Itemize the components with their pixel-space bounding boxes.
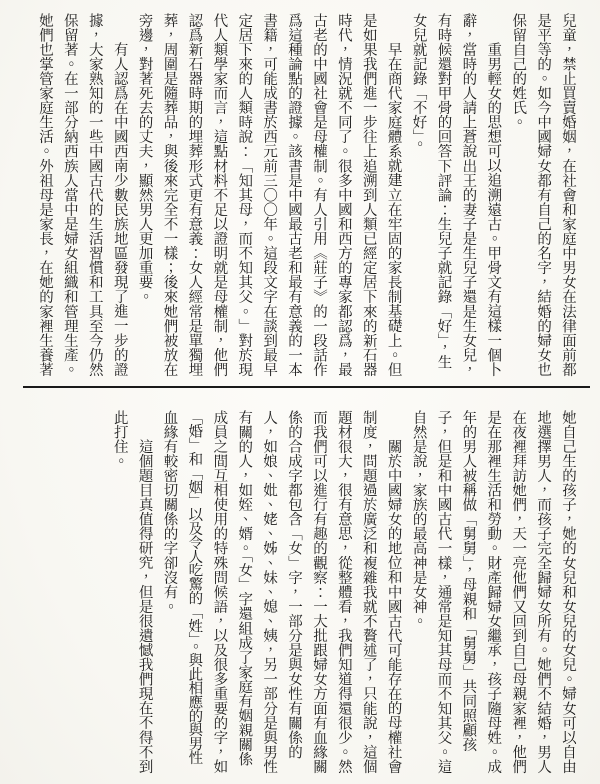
text-column-paragraph-start: 早在商代家庭體系就建立在牢固的家長制基礎上。但 [381,13,406,377]
text-column: 保留自己的姓氏。 [505,13,530,377]
upper-text-block: 兒童，禁止買賣婚姻，在社會和家庭中男女在法律面前都 是平等的。如今中國婦女都有自… [32,13,580,377]
text-column: 「婚」和「姻」以及令人吃驚的「姓」。與此相應的與男性 [182,410,207,774]
text-column: 定居下來的人類時說：「知其母，而不知其父。」對於現 [231,13,256,377]
text-column: 爲這種論點的證據。該書是中國最古老和最有意義的一本 [281,13,306,377]
text-column: 是在那裡生活和勞動。財產歸婦女繼承，孩子隨母姓。成 [480,410,505,774]
text-column: 子，但是和中國古代一樣，通常是知其母而不知其父。這 [431,410,456,774]
text-column: 是平等的。如今中國婦女都有自己的名字，結婚的婦女也 [530,13,555,377]
text-column: 成員之間互相使用的特殊問候語，以及很多重要的字，如 [206,410,231,774]
text-column: 據，大家熟知的一些中國古代的生活習慣和工具至今仍然 [82,13,107,377]
text-column: 地選擇男人，而孩子完全歸婦女所有。她們不結婚，男人 [530,410,555,774]
text-column: 兒童，禁止買賣婚姻，在社會和家庭中男女在法律面前都 [555,13,580,377]
text-column: 自然是說，家族的最高神是女神。 [406,410,431,774]
text-column: 保留著。在一部分納西族人當中是婦女組織和管理生產。 [57,13,82,377]
text-column: 認爲新石器時期的埋葬形式更有意義：女人經常是單獨埋 [182,13,207,377]
text-column: 是如果我們進一步往上追溯到人類已經定居下來的新石器 [356,13,381,377]
text-column: 有時候還對甲骨的回答下評論：生兒子就記錄「好」，生 [431,13,456,377]
text-column: 制度，問題過於廣泛和複雜我就不贅述了，只能說，這個 [356,410,381,774]
text-column: 書籍，可能成書於西元前三〇〇年。這段文字在談到最早 [256,13,281,377]
scanned-book-page: 兒童，禁止買賣婚姻，在社會和家庭中男女在法律面前都 是平等的。如今中國婦女都有自… [0,0,600,784]
text-column: 葬，周圍是隨葬品，與後來完全不一樣；後來她們被放在 [157,13,182,377]
text-column: 辭，當時的人請上蒼說出王的妻子是生兒子還是生女兒， [455,13,480,377]
section-divider-rule [23,386,590,388]
text-column: 時代，情況就不同了。很多中國和西方的專家都認爲，最 [331,13,356,377]
text-column: 此打住。 [107,410,132,774]
text-column: 代人類學家而言，這點材料不足以證明就是母權制，他們 [206,13,231,377]
text-column-paragraph-start: 重男輕女的思想可以追溯遠古。甲骨文有這樣一個卜 [480,13,505,377]
text-column-paragraph-start: 有人認爲在中國西南少數民族地區發現了進一步的證 [107,13,132,377]
text-column: 年的男人被稱做「舅舅」，母親和「舅舅」共同照顧孩 [455,410,480,774]
text-column: 而我們可以進行有趣的觀察：一大批跟婦女方面有血緣關 [306,410,331,774]
text-column: 她們也掌管家庭生活。外祖母是家長，在她的家裡生養著 [32,13,57,377]
text-column: 女兒就記錄「不好」。 [406,13,431,377]
text-column: 題材很大，很有意思，從整體看，我們知道得還很少。然 [331,410,356,774]
text-column: 旁邊，對著死去的丈夫，顯然男人更加重要。 [132,13,157,377]
text-column: 人，如娘、妣、姥、姊、妹、媳、姨，另一部分是與男性 [256,410,281,774]
text-column: 血緣有較密切關係的字卻沒有。 [157,410,182,774]
text-column: 在夜裡拜訪她們，天一亮他們又回到自己母親家裡，他們 [505,410,530,774]
text-column: 古老的中國社會是母權制。有人引用《莊子》的一段話作 [306,13,331,377]
text-column-paragraph-start: 這個題目真值得研究，但是很遺憾我們現在不得不到 [132,410,157,774]
lower-text-block: 她自己生的孩子，她的女兒和女兒的女兒。婦女可以自由 地選擇男人，而孩子完全歸婦女… [107,410,580,774]
text-column-paragraph-start: 關於中國婦女的地位和中國古代可能存在的母權社會 [381,410,406,774]
text-column: 有關的人，如姪、婿。「女」字還組成了家庭有姻親關係 [231,410,256,774]
text-column: 她自己生的孩子，她的女兒和女兒的女兒。婦女可以自由 [555,410,580,774]
text-column: 係的合成字都包含「女」字，一部分是與女性有關係的 [281,410,306,774]
